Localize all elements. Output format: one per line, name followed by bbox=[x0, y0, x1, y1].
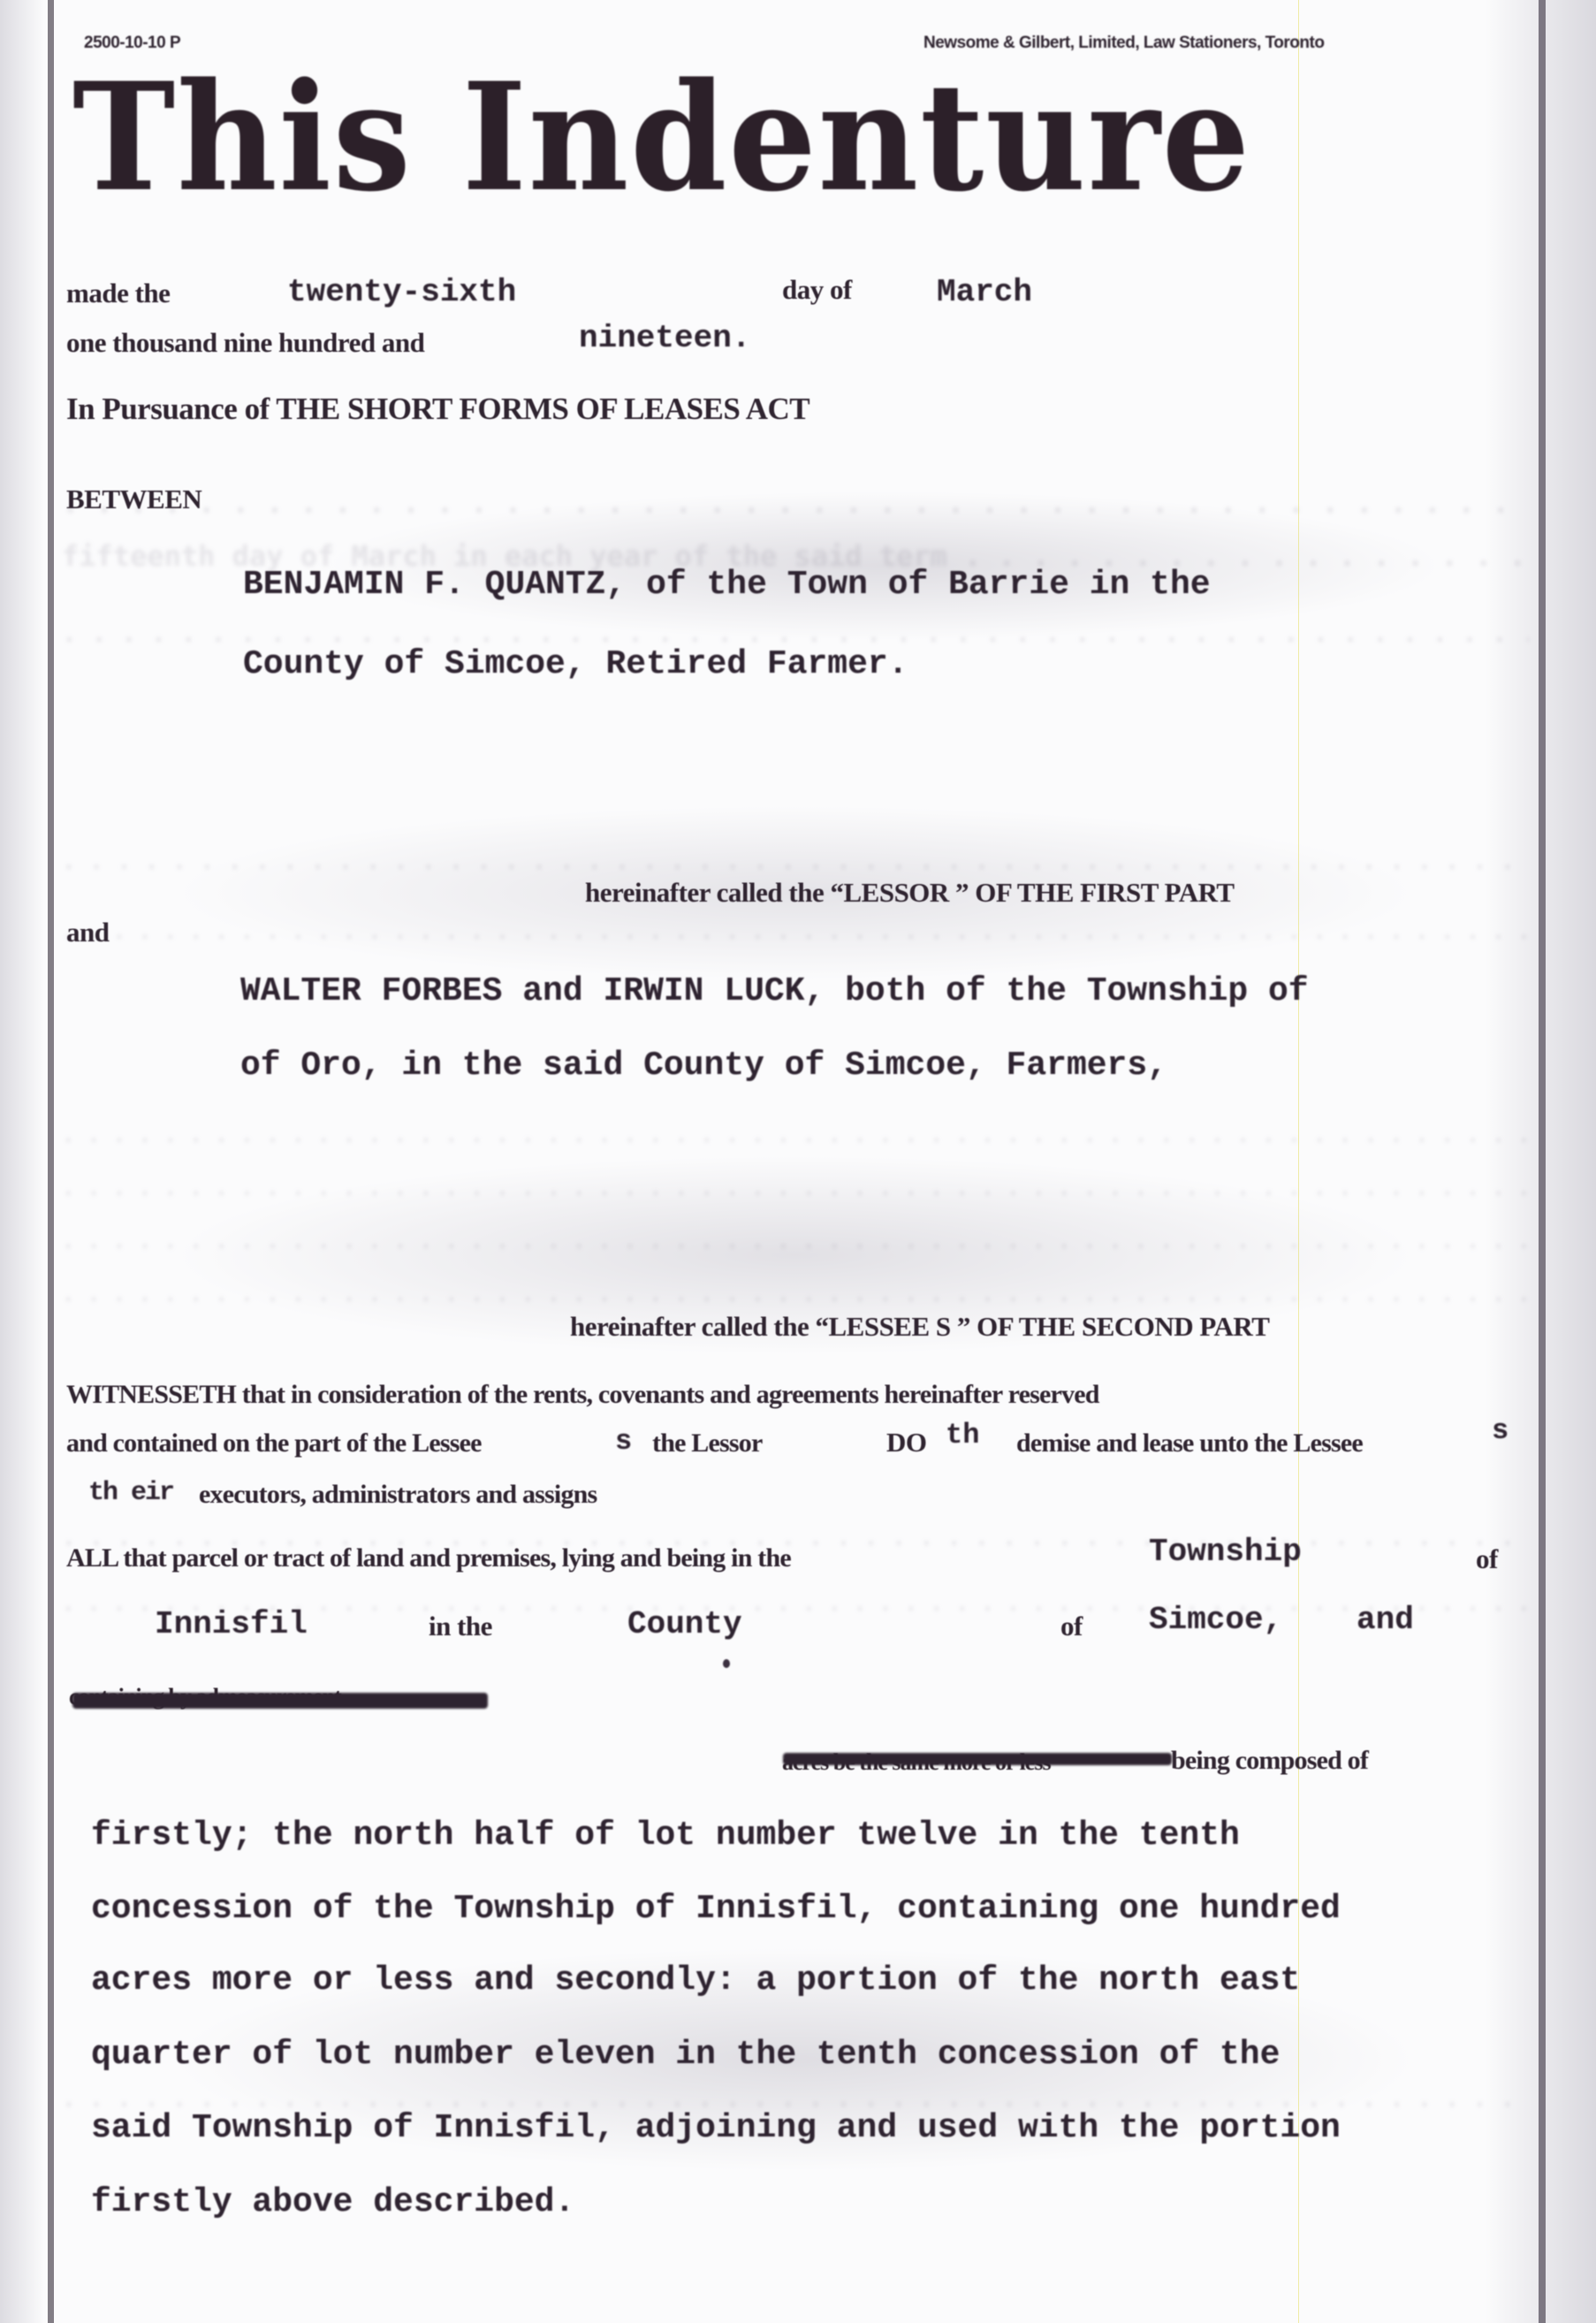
and-label-typed: and bbox=[1357, 1602, 1414, 1638]
description-line: said Township of Innisfil, adjoining and… bbox=[91, 2109, 1341, 2147]
county-label: County bbox=[627, 1606, 742, 1642]
bleed-through-text: . . . . . . . . . . . . . . . . . . . . … bbox=[62, 1229, 1529, 1253]
lessee-plural-s-1: s bbox=[615, 1425, 632, 1458]
witnesseth-line-1: WITNESSETH that in consideration of the … bbox=[66, 1380, 1099, 1410]
year-value: nineteen. bbox=[579, 320, 750, 356]
day-of-label: day of bbox=[782, 274, 852, 306]
lessor-line-2: County of Simcoe, Retired Farmer. bbox=[243, 645, 908, 683]
ink-speck bbox=[723, 1659, 730, 1668]
between-label: BETWEEN bbox=[66, 484, 201, 515]
strikethrough-overtype bbox=[783, 1753, 1172, 1765]
month-value: March bbox=[937, 274, 1032, 310]
statute-line: In Pursuance of THE SHORT FORMS OF LEASE… bbox=[66, 392, 809, 427]
and-label: and bbox=[66, 917, 109, 948]
description-line: firstly; the north half of lot number tw… bbox=[91, 1817, 1240, 1855]
witnesseth-line-2c: demise and lease unto the Lessee bbox=[1016, 1428, 1363, 1459]
description-line: firstly above described. bbox=[91, 2183, 574, 2221]
township-label: Township bbox=[1149, 1534, 1302, 1570]
doth-suffix: th bbox=[946, 1419, 979, 1451]
witnesseth-line-2a: and contained on the part of the Lessee bbox=[66, 1428, 482, 1459]
in-the-label: in the bbox=[429, 1611, 492, 1642]
strikethrough-overtype bbox=[72, 1693, 488, 1709]
lessor-designation: hereinafter called the “LESSOR ” OF THE … bbox=[585, 877, 1235, 909]
description-line: quarter of lot number eleven in the tent… bbox=[91, 2036, 1280, 2074]
description-line: concession of the Township of Innisfil, … bbox=[91, 1890, 1341, 1928]
lessees-line-2: of Oro, in the said County of Simcoe, Fa… bbox=[240, 1047, 1167, 1085]
composed-of-label: being composed of bbox=[1171, 1746, 1368, 1776]
bleed-through-text: . . . . . . . . . . . . . . . . . . . . … bbox=[62, 849, 1529, 875]
township-name: Innisfil bbox=[155, 1606, 308, 1642]
lessor-line-1: BENJAMIN F. QUANTZ, of the Town of Barri… bbox=[243, 566, 1211, 604]
witnesseth-line-2b: the Lessor bbox=[652, 1428, 762, 1459]
year-label: one thousand nine hundred and bbox=[66, 327, 424, 359]
lessee-plural-s-2: s bbox=[1492, 1414, 1509, 1447]
right-border-rule bbox=[1539, 0, 1546, 2323]
bleed-through-text: . . . . . . . . . . . . . . . . . . . . … bbox=[62, 486, 1529, 520]
lessees-line-1: WALTER FORBES and IRWIN LUCK, both of th… bbox=[240, 972, 1309, 1010]
description-line: acres more or less and secondly: a porti… bbox=[91, 1961, 1300, 1999]
bleed-through-text: . . . . . . . . . . . . . . . . . . . . … bbox=[62, 619, 1529, 648]
witnesseth-line-3: executors, administrators and assigns bbox=[199, 1480, 597, 1510]
of-label-1: of bbox=[1476, 1543, 1498, 1575]
bleed-through-text: . . . . . . . . . . . . . . . . . . . . … bbox=[62, 1282, 1529, 1306]
bleed-through-text: . . . . . . . . . . . . . . . . . . . . … bbox=[62, 1176, 1529, 1200]
county-name: Simcoe, bbox=[1149, 1602, 1282, 1638]
day-value: twenty-sixth bbox=[287, 274, 516, 310]
their-typed: th eir bbox=[88, 1478, 173, 1508]
made-the-label: made the bbox=[66, 278, 170, 309]
lessees-designation: hereinafter called the “LESSEE S ” OF TH… bbox=[570, 1311, 1269, 1343]
bleed-through-text: . . . . . . . . . . . . . . . . . . . . … bbox=[62, 1123, 1529, 1147]
of-label-2: of bbox=[1060, 1611, 1083, 1642]
do-label: DO bbox=[886, 1427, 927, 1459]
bleed-through-text: . . . . . . . . . . . . . . . . . . . . … bbox=[62, 919, 1529, 944]
left-border-rule bbox=[48, 0, 54, 2323]
parcel-line-1: ALL that parcel or tract of land and pre… bbox=[66, 1543, 791, 1573]
document-title: This Indenture bbox=[72, 50, 1251, 225]
